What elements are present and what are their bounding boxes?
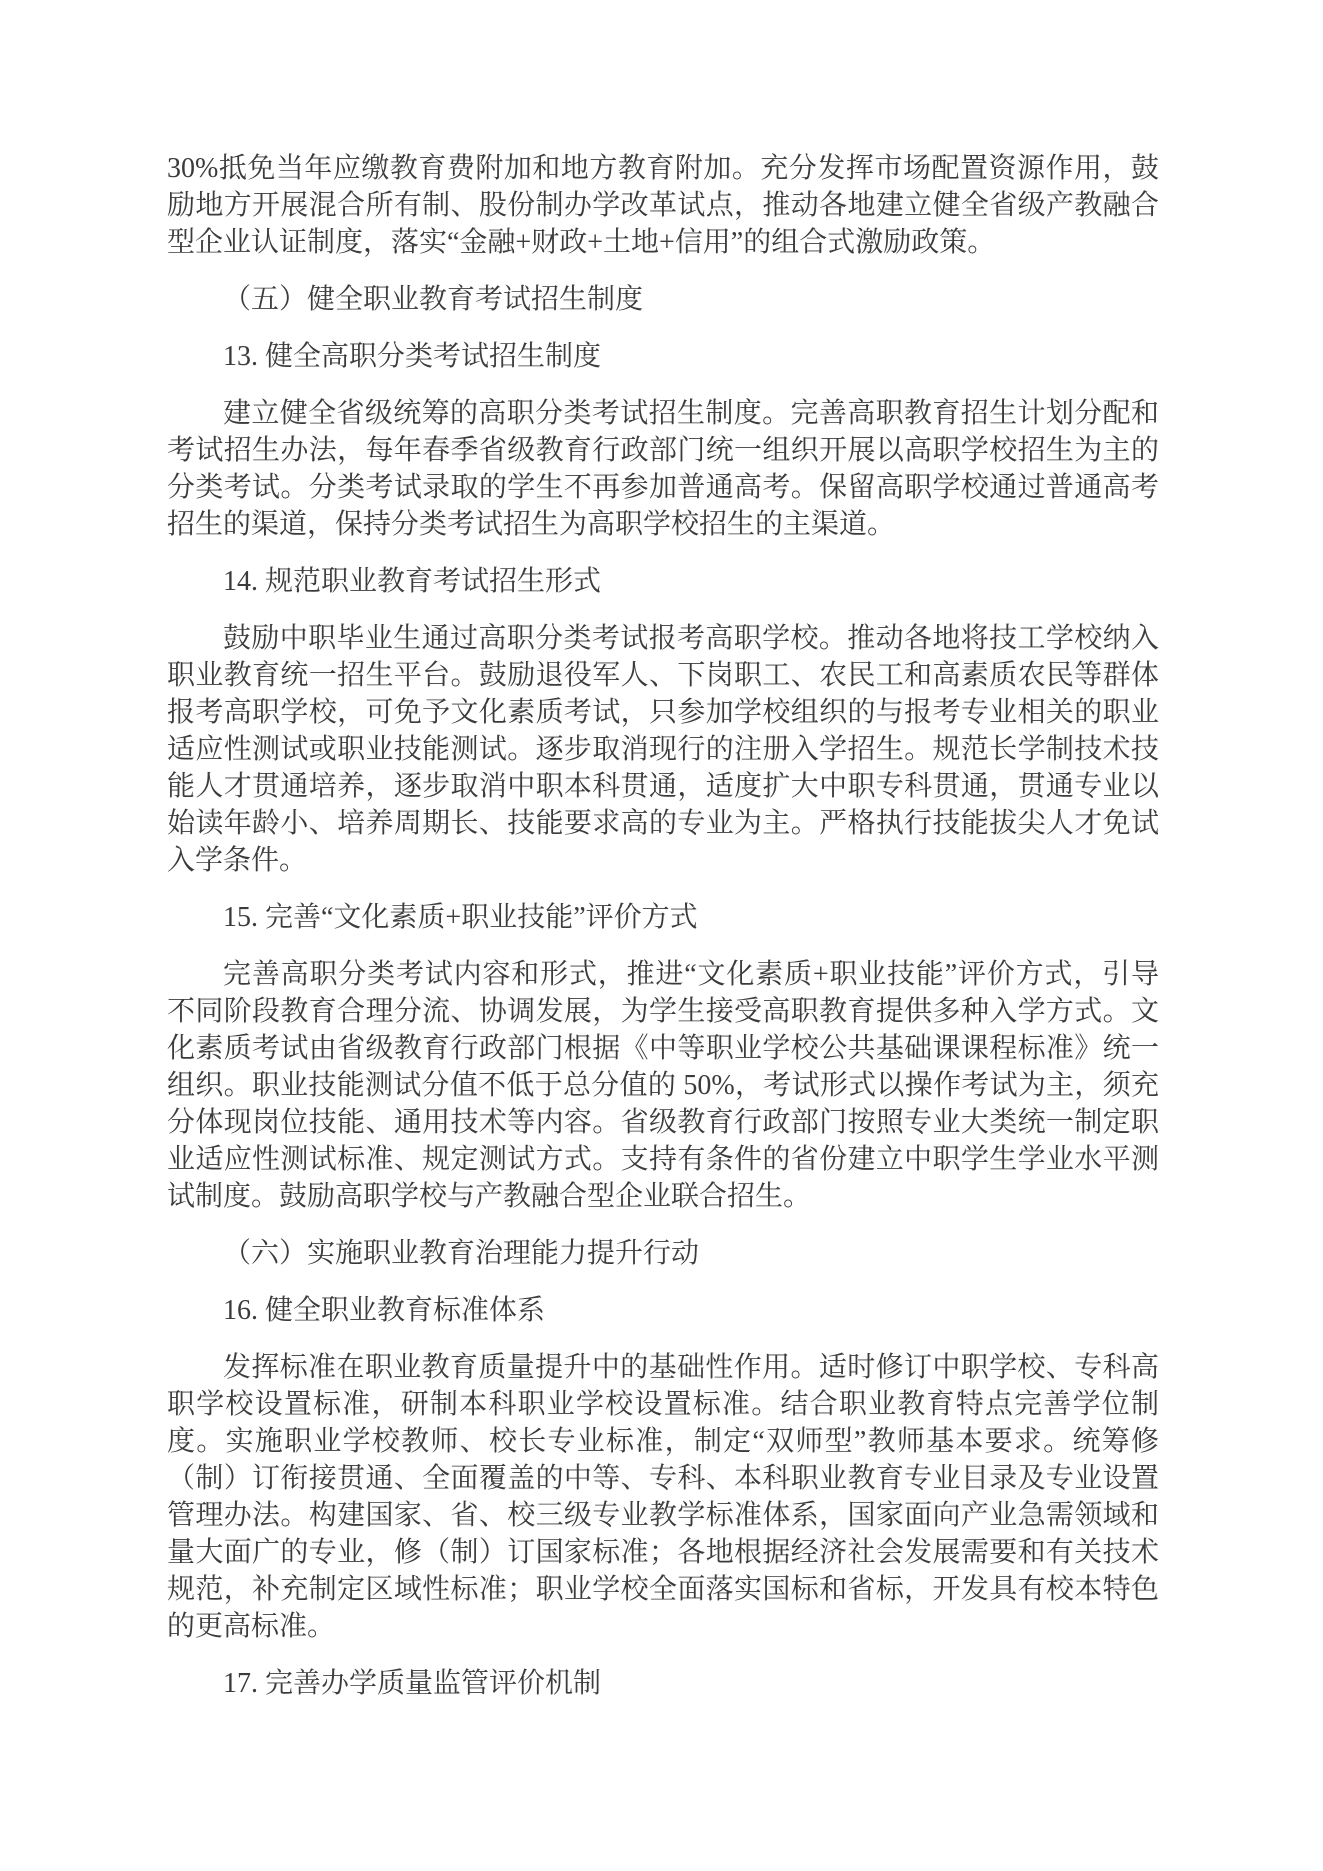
item-14-heading: 14. 规范职业教育考试招生形式 bbox=[167, 563, 1159, 600]
section-heading-6: （六）实施职业教育治理能力提升行动 bbox=[167, 1235, 1159, 1272]
document-content: 30%抵免当年应缴教育费附加和地方教育附加。充分发挥市场配置资源作用，鼓励地方开… bbox=[167, 150, 1159, 1722]
item-13-paragraph: 建立健全省级统筹的高职分类考试招生制度。完善高职教育招生计划分配和考试招生办法，… bbox=[167, 395, 1159, 543]
item-14-paragraph: 鼓励中职毕业生通过高职分类考试报考高职学校。推动各地将技工学校纳入职业教育统一招… bbox=[167, 620, 1159, 879]
item-15-heading: 15. 完善“文化素质+职业技能”评价方式 bbox=[167, 899, 1159, 936]
item-16-heading: 16. 健全职业教育标准体系 bbox=[167, 1292, 1159, 1329]
item-13-heading: 13. 健全高职分类考试招生制度 bbox=[167, 338, 1159, 375]
item-16-paragraph: 发挥标准在职业教育质量提升中的基础性作用。适时修订中职学校、专科高职学校设置标准… bbox=[167, 1349, 1159, 1645]
item-17-heading: 17. 完善办学质量监管评价机制 bbox=[167, 1665, 1159, 1702]
item-15-paragraph: 完善高职分类考试内容和形式，推进“文化素质+职业技能”评价方式，引导不同阶段教育… bbox=[167, 956, 1159, 1215]
section-heading-5: （五）健全职业教育考试招生制度 bbox=[167, 281, 1159, 318]
document-page: 30%抵免当年应缴教育费附加和地方教育附加。充分发挥市场配置资源作用，鼓励地方开… bbox=[0, 0, 1323, 1871]
continued-paragraph: 30%抵免当年应缴教育费附加和地方教育附加。充分发挥市场配置资源作用，鼓励地方开… bbox=[167, 150, 1159, 261]
